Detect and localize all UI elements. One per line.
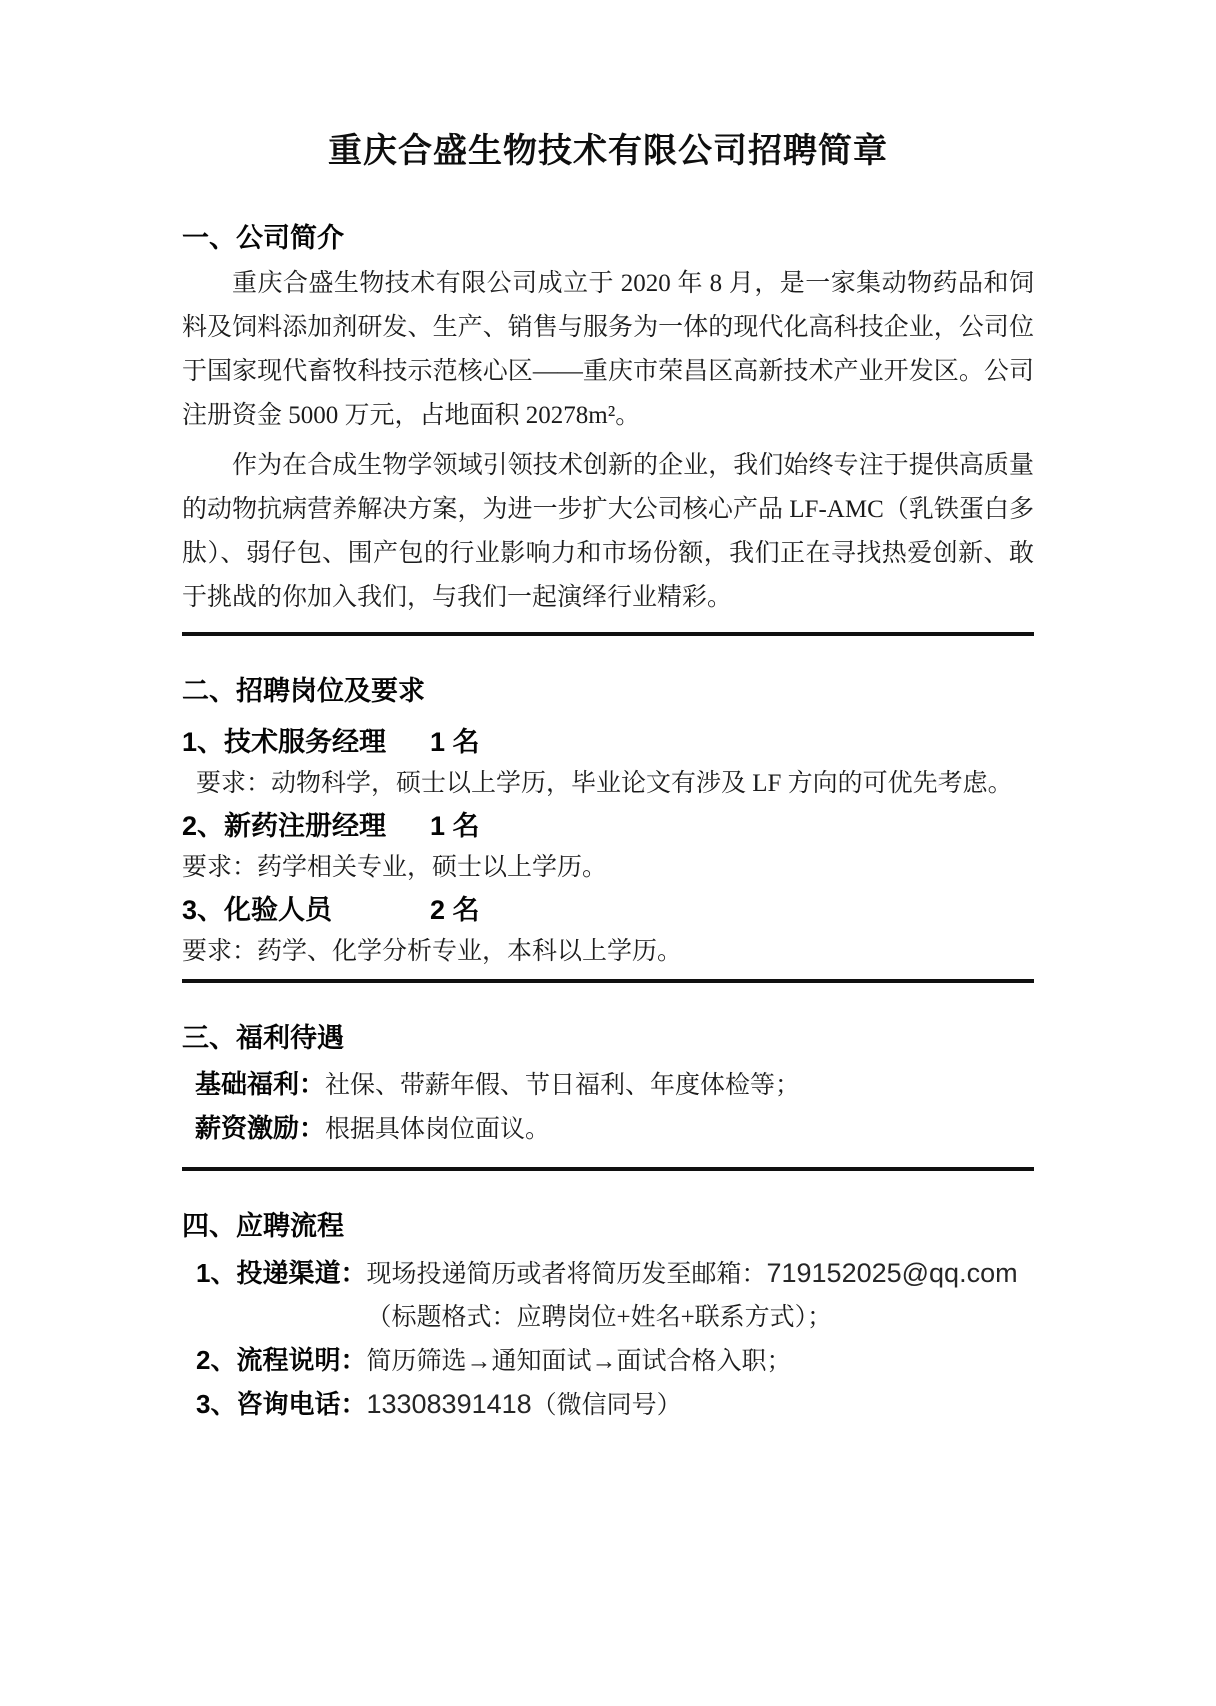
process-item-body: 13308391418（微信同号） xyxy=(366,1383,681,1427)
contact-phone: 13308391418 xyxy=(366,1389,531,1419)
job-requirement: 要求：药学、化学分析专业，本科以上学历。 xyxy=(182,931,1034,973)
intro-paragraph-2: 作为在合成生物学领域引领技术创新的企业，我们始终专注于提供高质量的动物抗病营养解… xyxy=(182,444,1034,620)
section-divider xyxy=(182,979,1034,983)
process-item-label: 1、投递渠道： xyxy=(196,1252,366,1295)
job-requirement: 要求：药学相关专业，硕士以上学历。 xyxy=(182,847,1034,889)
job-count: 1 名 xyxy=(430,727,480,757)
job-title: 3、化验人员 xyxy=(182,889,430,931)
welfare-item-label: 薪资激励： xyxy=(195,1107,325,1150)
process-item-channel: 1、投递渠道： 现场投递简历或者将简历发至邮箱：719152025@qq.com… xyxy=(182,1252,1034,1339)
section-divider xyxy=(182,632,1034,636)
welfare-list: 基础福利： 社保、带薪年假、节日福利、年度体检等； 薪资激励： 根据具体岗位面议… xyxy=(182,1063,1034,1151)
job-title: 1、技术服务经理 xyxy=(182,721,430,763)
welfare-item-text: 社保、带薪年假、节日福利、年度体检等； xyxy=(325,1064,800,1107)
process-item-phone: 3、咨询电话： 13308391418（微信同号） xyxy=(182,1383,1034,1427)
application-email: 719152025@qq.com xyxy=(766,1258,1017,1288)
process-item-body: 现场投递简历或者将简历发至邮箱：719152025@qq.com （标题格式：应… xyxy=(366,1252,1017,1339)
job-title-row: 2、新药注册经理1 名 xyxy=(182,805,1034,847)
process-item-label: 2、流程说明： xyxy=(196,1339,366,1382)
section-divider xyxy=(182,1167,1034,1171)
job-title: 2、新药注册经理 xyxy=(182,805,430,847)
process-item-label: 3、咨询电话： xyxy=(196,1383,366,1426)
intro-section-heading: 一、公司简介 xyxy=(182,220,1034,256)
intro-paragraph-1: 重庆合盛生物技术有限公司成立于 2020 年 8 月，是一家集动物药品和饲料及饲… xyxy=(182,262,1034,438)
welfare-item: 基础福利： 社保、带薪年假、节日福利、年度体检等； xyxy=(182,1063,1034,1107)
process-channel-note: （标题格式：应聘岗位+姓名+联系方式）； xyxy=(366,1304,832,1331)
job-requirement: 要求：动物科学，硕士以上学历，毕业论文有涉及 LF 方向的可优先考虑。 xyxy=(182,763,1034,805)
process-steps-text: 简历筛选→通知面试→面试合格入职； xyxy=(366,1340,791,1383)
contact-phone-suffix: （微信同号） xyxy=(532,1392,682,1419)
process-list: 1、投递渠道： 现场投递简历或者将简历发至邮箱：719152025@qq.com… xyxy=(182,1252,1034,1427)
welfare-item: 薪资激励： 根据具体岗位面议。 xyxy=(182,1107,1034,1151)
process-channel-text: 现场投递简历或者将简历发至邮箱： xyxy=(366,1261,766,1288)
page-title: 重庆合盛生物技术有限公司招聘简章 xyxy=(182,130,1034,174)
job-list: 1、技术服务经理1 名 要求：动物科学，硕士以上学历，毕业论文有涉及 LF 方向… xyxy=(182,721,1034,973)
job-title-row: 1、技术服务经理1 名 xyxy=(182,721,1034,763)
process-item-steps: 2、流程说明： 简历筛选→通知面试→面试合格入职； xyxy=(182,1339,1034,1383)
welfare-item-text: 根据具体岗位面议。 xyxy=(325,1108,550,1151)
welfare-item-label: 基础福利： xyxy=(195,1063,325,1106)
recruit-section-heading: 二、招聘岗位及要求 xyxy=(182,673,1034,709)
document-page: 重庆合盛生物技术有限公司招聘简章 一、公司简介 重庆合盛生物技术有限公司成立于 … xyxy=(0,0,1216,1706)
job-title-row: 3、化验人员2 名 xyxy=(182,889,1034,931)
job-count: 2 名 xyxy=(430,895,480,925)
welfare-section-heading: 三、福利待遇 xyxy=(182,1020,1034,1056)
process-section-heading: 四、应聘流程 xyxy=(182,1208,1034,1244)
job-count: 1 名 xyxy=(430,811,480,841)
